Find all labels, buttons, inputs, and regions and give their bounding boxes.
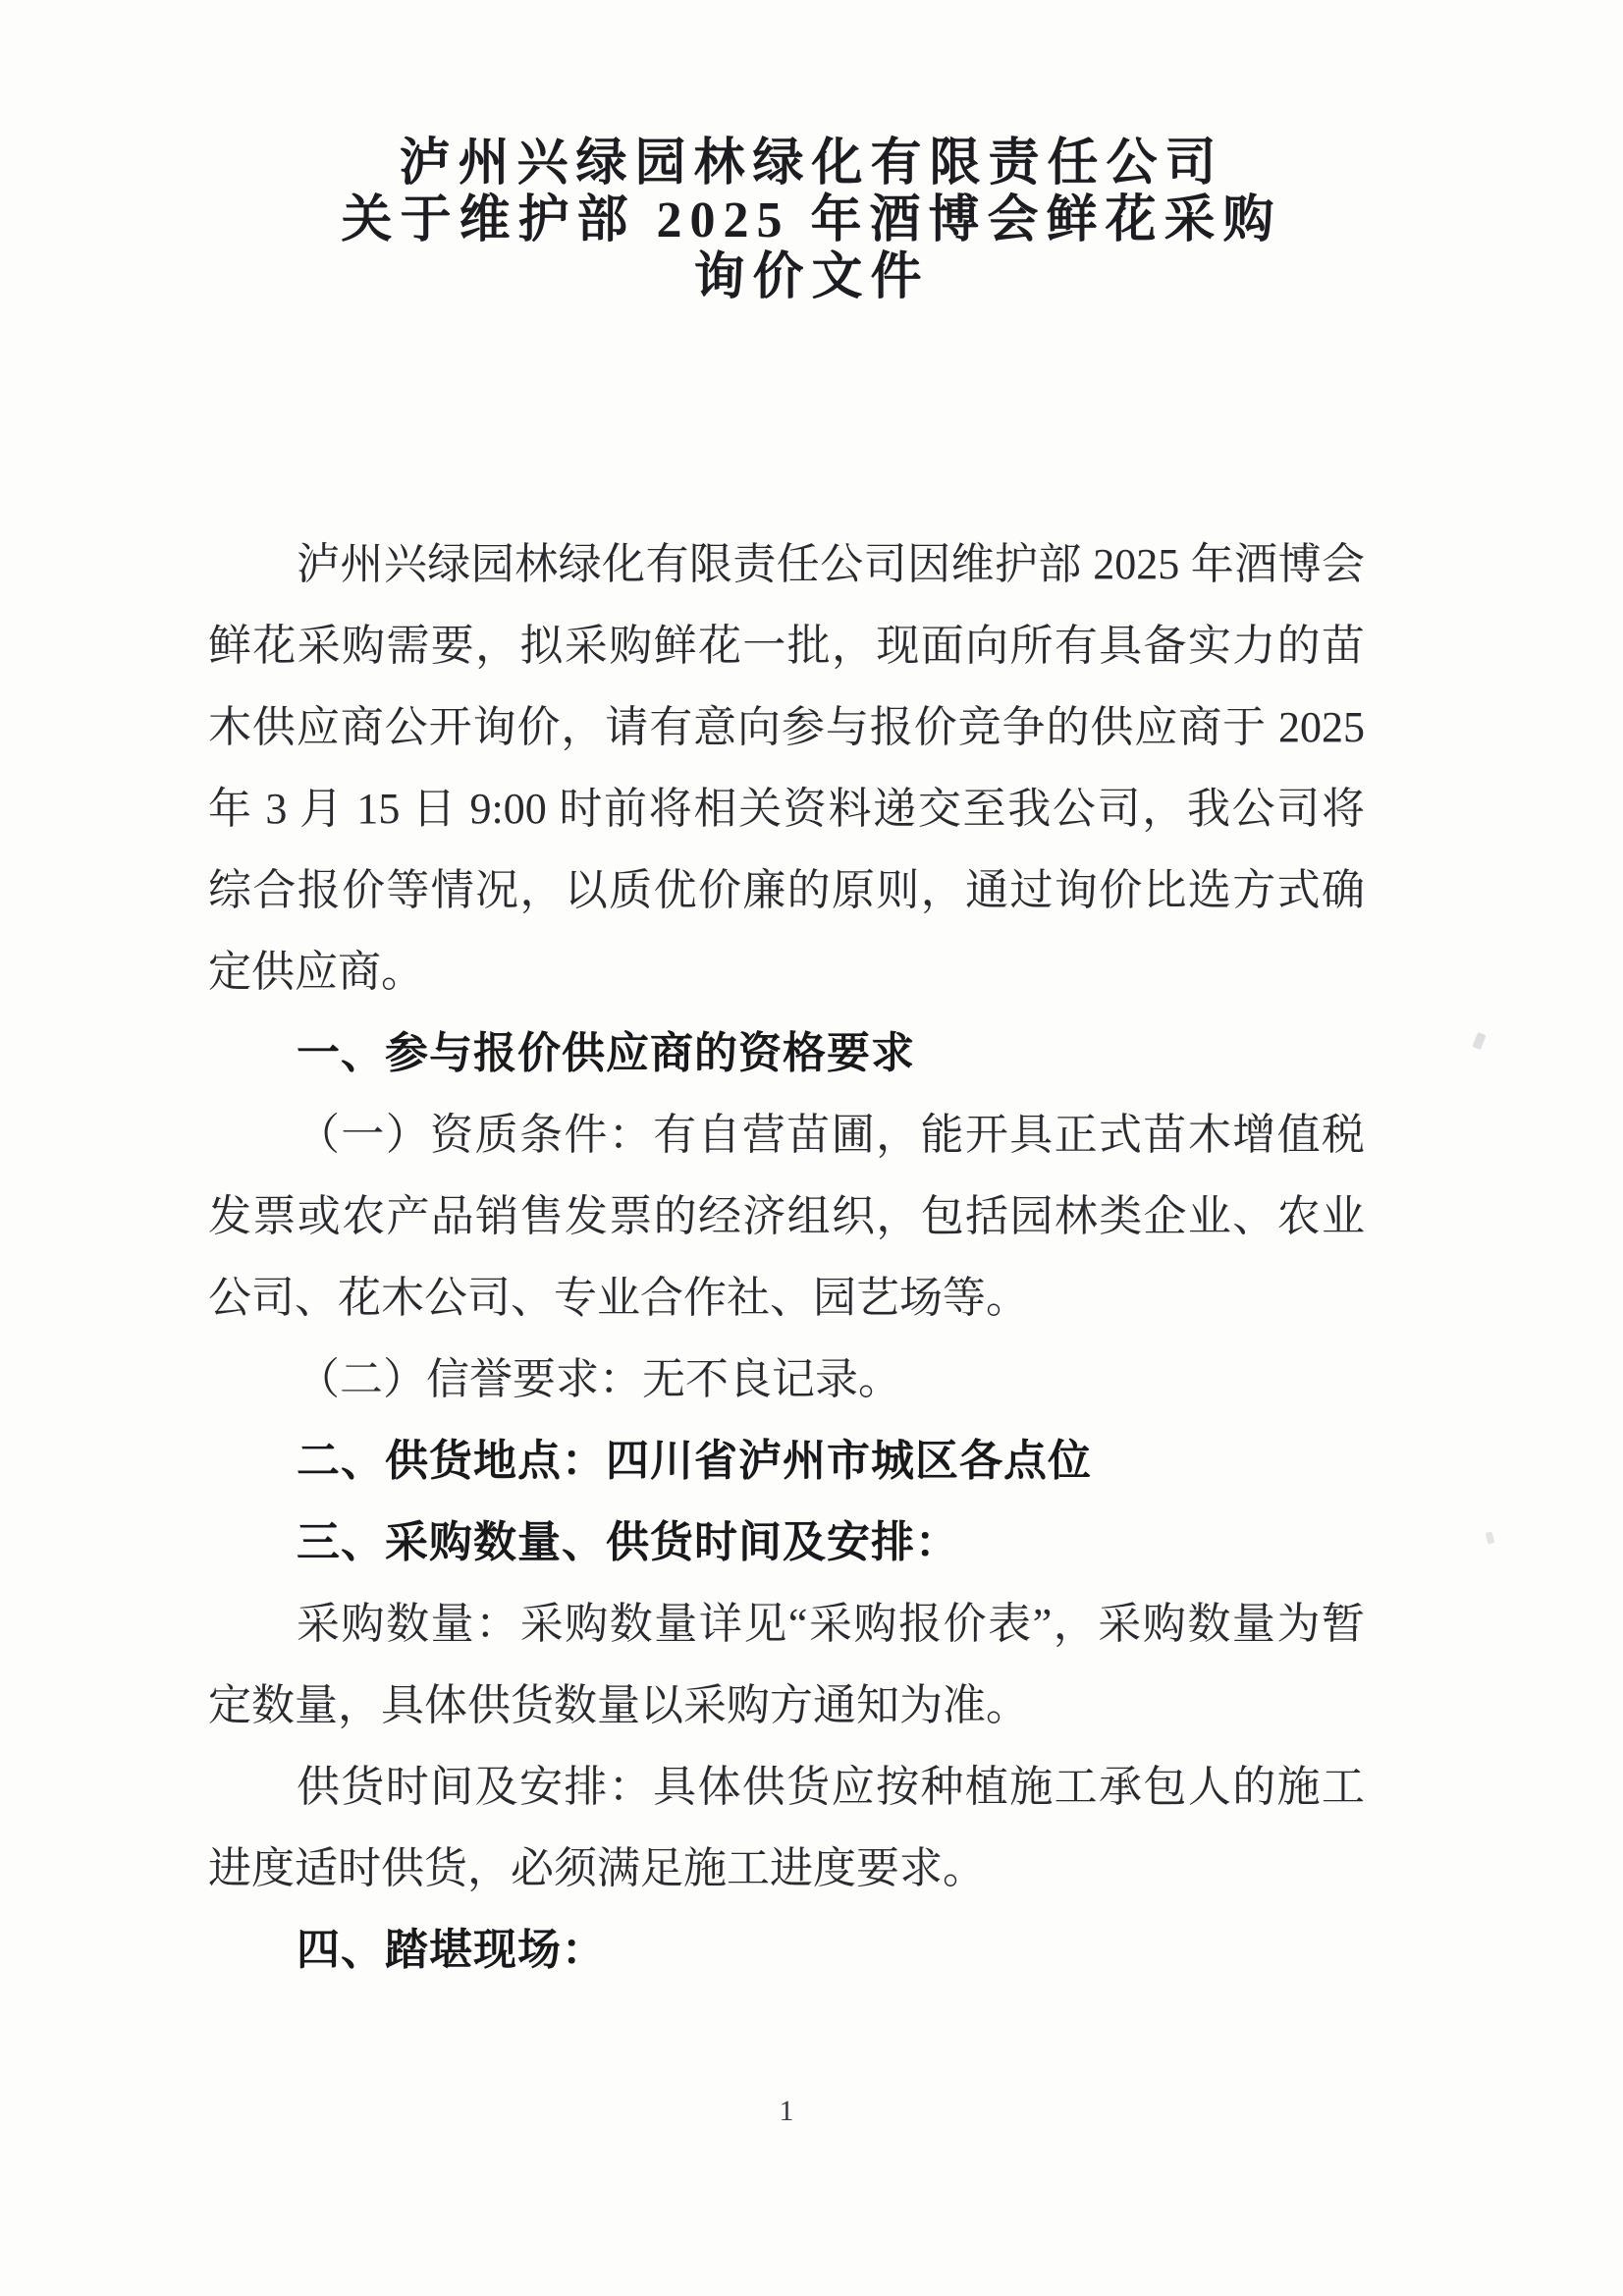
section-heading-4: 四、踏堪现场： <box>208 1909 1365 1991</box>
title-line-1: 泸州兴绿园林绿化有限责任公司 <box>0 136 1623 192</box>
body-line: 木供应商公开询价，请有意向参与报价竞争的供应商于 2025 <box>208 686 1365 768</box>
body-line: 定供应商。 <box>208 931 1365 1012</box>
body-line: 鲜花采购需要，拟采购鲜花一批，现面向所有具备实力的苗 <box>208 605 1365 686</box>
body-line: 采购数量：采购数量详见“采购报价表”，采购数量为暂 <box>208 1583 1365 1665</box>
body-line: 发票或农产品销售发票的经济组织，包括园林类企业、农业 <box>208 1175 1365 1257</box>
body-line: （一）资质条件：有自营苗圃，能开具正式苗木增值税 <box>208 1094 1365 1175</box>
document-body: 泸州兴绿园林绿化有限责任公司因维护部 2025 年酒博会 鲜花采购需要，拟采购鲜… <box>208 523 1365 1991</box>
body-line: 供货时间及安排：具体供货应按种植施工承包人的施工 <box>208 1746 1365 1828</box>
body-line: 年 3 月 15 日 9:00 时前将相关资料递交至我公司，我公司将 <box>208 768 1365 849</box>
scan-artifact <box>1472 1032 1486 1050</box>
page-number: 1 <box>208 2094 1365 2129</box>
body-line: 公司、花木公司、专业合作社、园艺场等。 <box>208 1257 1365 1339</box>
section-heading-3: 三、采购数量、供货时间及安排： <box>208 1502 1365 1583</box>
scan-artifact <box>1486 1531 1495 1544</box>
title-line-2: 关于维护部 2025 年酒博会鲜花采购 <box>0 192 1623 249</box>
section-heading-1: 一、参与报价供应商的资格要求 <box>208 1012 1365 1094</box>
scanned-document-page: 泸州兴绿园林绿化有限责任公司 关于维护部 2025 年酒博会鲜花采购 询价文件 … <box>0 0 1623 2296</box>
body-line: 综合报价等情况，以质优价廉的原则，通过询价比选方式确 <box>208 849 1365 931</box>
body-line: 进度适时供货，必须满足施工进度要求。 <box>208 1828 1365 1909</box>
body-line: （二）信誉要求：无不良记录。 <box>208 1339 1365 1420</box>
body-line: 定数量，具体供货数量以采购方通知为准。 <box>208 1665 1365 1746</box>
body-line: 泸州兴绿园林绿化有限责任公司因维护部 2025 年酒博会 <box>208 523 1365 605</box>
document-title: 泸州兴绿园林绿化有限责任公司 关于维护部 2025 年酒博会鲜花采购 询价文件 <box>0 136 1623 306</box>
section-heading-2: 二、供货地点：四川省泸州市城区各点位 <box>208 1420 1365 1502</box>
title-line-3: 询价文件 <box>0 249 1623 306</box>
